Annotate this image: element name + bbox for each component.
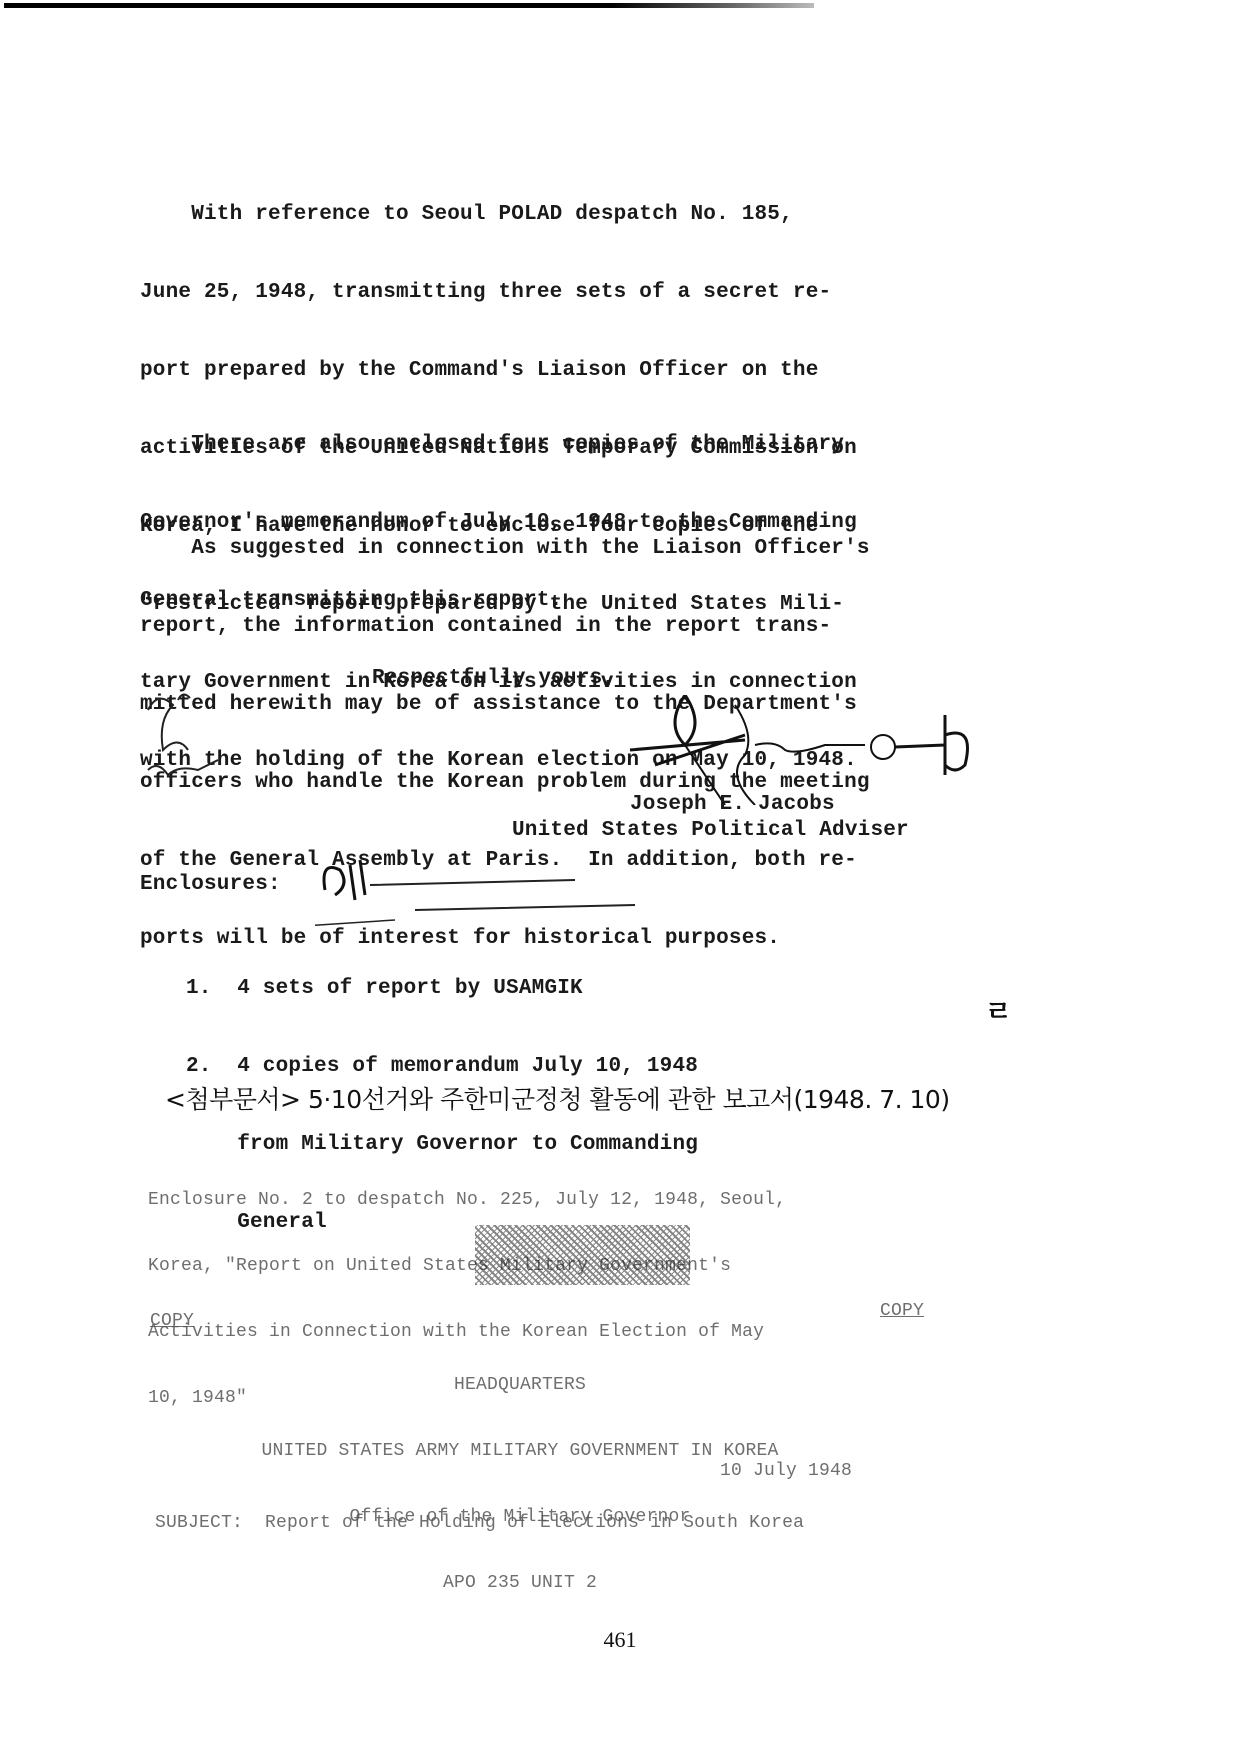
page-number: 461 (0, 1627, 1240, 1653)
korean-caption: <첨부문서> 5·10선거와 주한미군정청 활동에 관한 보고서(1948. 7… (165, 1080, 950, 1116)
text-line: Enclosure No. 2 to despatch No. 225, Jul… (148, 1189, 786, 1211)
closing-salutation: Respectfully yours, (372, 666, 615, 692)
letterhead-line: APO 235 UNIT 2 (0, 1572, 1040, 1594)
copy-mark-left: COPY (150, 1310, 194, 1332)
signature-scribble (625, 695, 1025, 805)
signer-title: United States Political Adviser (512, 818, 909, 844)
enclosure-item: 2. 4 copies of memorandum July 10, 1948 (186, 1054, 698, 1080)
text-line: There are also enclosed four copies of t… (140, 432, 857, 458)
letterhead-line: UNITED STATES ARMY MILITARY GOVERNMENT I… (0, 1440, 1040, 1462)
headquarters-letterhead: HEADQUARTERS UNITED STATES ARMY MILITARY… (0, 1330, 1040, 1616)
memo-subject: SUBJECT: Report of the Holding of Electi… (155, 1512, 804, 1534)
scan-top-rule (4, 3, 814, 8)
text-line: As suggested in connection with the Liai… (140, 536, 870, 562)
handwritten-initials (128, 680, 248, 800)
handwritten-annotation (315, 850, 655, 930)
enclosures-label: Enclosures: (140, 872, 281, 898)
letterhead-line: HEADQUARTERS (0, 1374, 1040, 1396)
memo-date: 10 July 1948 (720, 1460, 852, 1482)
signer-name: Joseph E. Jacobs (630, 792, 835, 818)
copy-mark-right: COPY (880, 1300, 924, 1322)
text-line: report, the information contained in the… (140, 614, 870, 640)
enclosure-item: 1. 4 sets of report by USAMGIK (186, 976, 698, 1002)
text-line: With reference to Seoul POLAD despatch N… (140, 202, 857, 228)
text-line: Korea, "Report on United States Military… (148, 1255, 786, 1277)
declassified-stamp (475, 1225, 690, 1285)
margin-handwritten-mark: ㄹ (985, 990, 1012, 1030)
text-line: June 25, 1948, transmitting three sets o… (140, 280, 857, 306)
